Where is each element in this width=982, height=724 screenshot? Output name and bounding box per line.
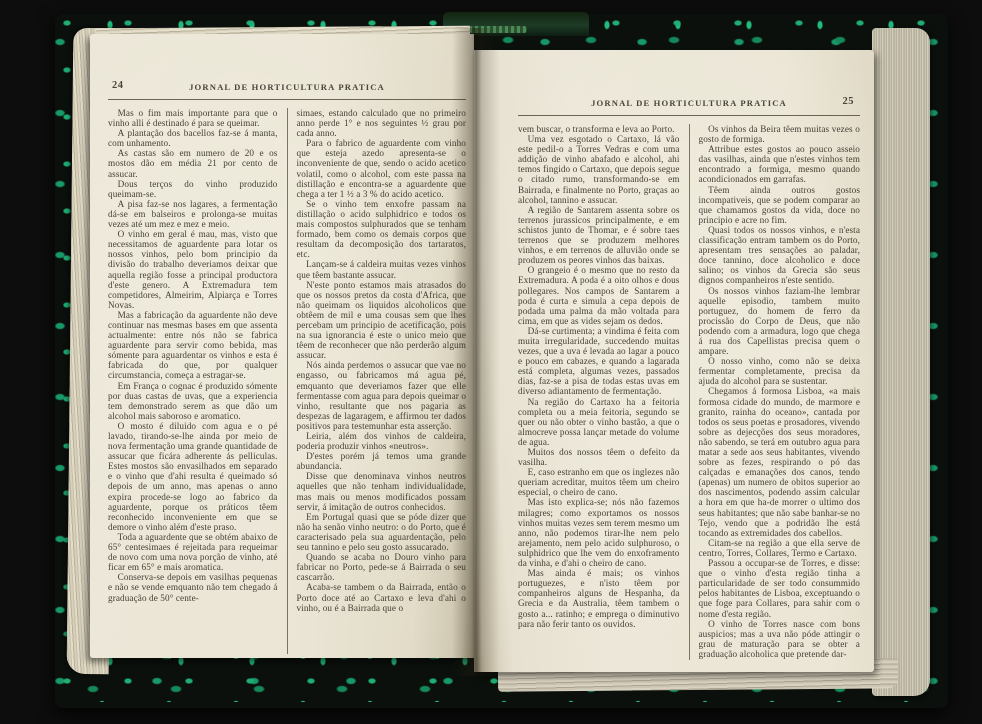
header-rule [518, 115, 860, 116]
paragraph: N'este ponto estamos mais atrasados do q… [297, 280, 467, 361]
header-rule [108, 99, 466, 100]
headband-beads [469, 26, 527, 33]
paragraph: simaes, estando calculado que no primeir… [297, 108, 467, 138]
text-column: Mas o fim mais importante para que o vin… [108, 108, 287, 654]
page-number-left: 24 [112, 80, 124, 91]
running-title-right: JORNAL DE HORTICULTURA PRATICA [591, 98, 787, 108]
paragraph: vem buscar, o transforma e leva ao Porto… [518, 124, 680, 134]
paragraph: Se o vinho tem enxofre passam na distill… [297, 199, 467, 260]
paragraph: O vinho em geral é mau, mas, visto que n… [108, 229, 278, 310]
paragraph: Têem ainda outros gostos incompativeis, … [699, 185, 861, 225]
text-column: simaes, estando calculado que no primeir… [287, 108, 467, 654]
paragraph: Passou a occupar-se de Torres, e disse: … [699, 558, 861, 619]
paragraph: Mas isto explica-se; nós não fazemos mil… [518, 497, 680, 568]
text-columns-right: vem buscar, o transforma e leva ao Porto… [518, 124, 860, 660]
text-column: vem buscar, o transforma e leva ao Porto… [518, 124, 689, 660]
running-head-left: 24 JORNAL DE HORTICULTURA PRATICA [108, 82, 466, 96]
paragraph: Attribue estes gostos ao pouco asseio da… [699, 144, 861, 184]
text-column: Os vinhos da Beira têem muitas vezes o g… [689, 124, 861, 660]
paragraph: Muitos dos nossos têem o defeito da vasi… [518, 447, 680, 467]
paragraph: O nosso vinho, como não se deixa ferment… [699, 356, 861, 386]
paragraph: Disse que denominava vinhos neutros aque… [297, 471, 467, 511]
right-page: JORNAL DE HORTICULTURA PRATICA 25 vem bu… [474, 50, 874, 672]
paragraph: Leiria, além dos vinhos de caldeira, pod… [297, 431, 467, 451]
paragraph: A região de Santarem assenta sobre os te… [518, 205, 680, 266]
paragraph: Para o fabrico de aguardente com vinho q… [297, 138, 467, 199]
paragraph: Mas a fabricação da aguardente não deve … [108, 310, 278, 381]
paragraph: Em França o cognac é produzido sómente p… [108, 381, 278, 421]
page-number-right: 25 [843, 96, 855, 107]
paragraph: Dous terços do vinho produzido queimam-s… [108, 179, 278, 199]
book-photo: { "book": { "left_page": { "page_number"… [0, 0, 982, 724]
paragraph: Nós ainda perdemos o assucar que vae no … [297, 360, 467, 431]
paragraph: As castas são em numero de 20 e os mosto… [108, 148, 278, 178]
paragraph: Dá-se curtimenta; a vindima é feita com … [518, 326, 680, 397]
paragraph: Mas ainda é mais; os vinhos portuguezes,… [518, 568, 680, 629]
paragraph: O mosto é diluido com agua e o pé lavado… [108, 421, 278, 532]
paragraph: Uma vez esgotado o Cartaxo, lá vão este … [518, 134, 680, 205]
paragraph: Toda a aguardente que se obtém abaixo de… [108, 532, 278, 572]
paragraph: E, caso estranho em que os inglezes não … [518, 467, 680, 497]
text-columns-left: Mas o fim mais importante para que o vin… [108, 108, 466, 654]
paragraph: Quando se acaba no Douro vinho para fabr… [297, 552, 467, 582]
paragraph: Mas o fim mais importante para que o vin… [108, 108, 278, 128]
paragraph: Conserva-se depois em vasilhas pequenas … [108, 572, 278, 602]
paragraph: Acaba-se tambem o da Bairrada, então o P… [297, 582, 467, 612]
paragraph: A pisa faz-se nos lagares, a fermentação… [108, 199, 278, 229]
page-edges-right [872, 28, 930, 696]
paragraph: Lançam-se á caldeira muitas vezes vinhos… [297, 259, 467, 279]
paragraph: D'estes porém já temos uma grande abunda… [297, 451, 467, 471]
left-page: 24 JORNAL DE HORTICULTURA PRATICA Mas o … [90, 34, 474, 658]
paragraph: Citam-se na região a que ella serve de c… [699, 538, 861, 558]
paragraph: Em Portugal quasi que se póde dizer que … [297, 512, 467, 552]
paragraph: Quasi todos os nossos vinhos, e n'esta c… [699, 225, 861, 286]
paragraph: O grangeio é o mesmo que no resto da Ext… [518, 265, 680, 326]
paragraph: Na região do Cartaxo ha a feitoria compl… [518, 397, 680, 447]
paragraph: Os nossos vinhos faziam-lhe lembrar aque… [699, 286, 861, 357]
running-head-right: JORNAL DE HORTICULTURA PRATICA 25 [518, 98, 860, 112]
running-title-left: JORNAL DE HORTICULTURA PRATICA [189, 82, 385, 92]
paragraph: Os vinhos da Beira têem muitas vezes o g… [699, 124, 861, 144]
paragraph: O vinho de Torres nasce com bons auspici… [699, 619, 861, 659]
paragraph: A plantação dos bacellos faz-se á manta,… [108, 128, 278, 148]
paragraph: Chegamos á formosa Lisboa, «a mais formo… [699, 386, 861, 537]
